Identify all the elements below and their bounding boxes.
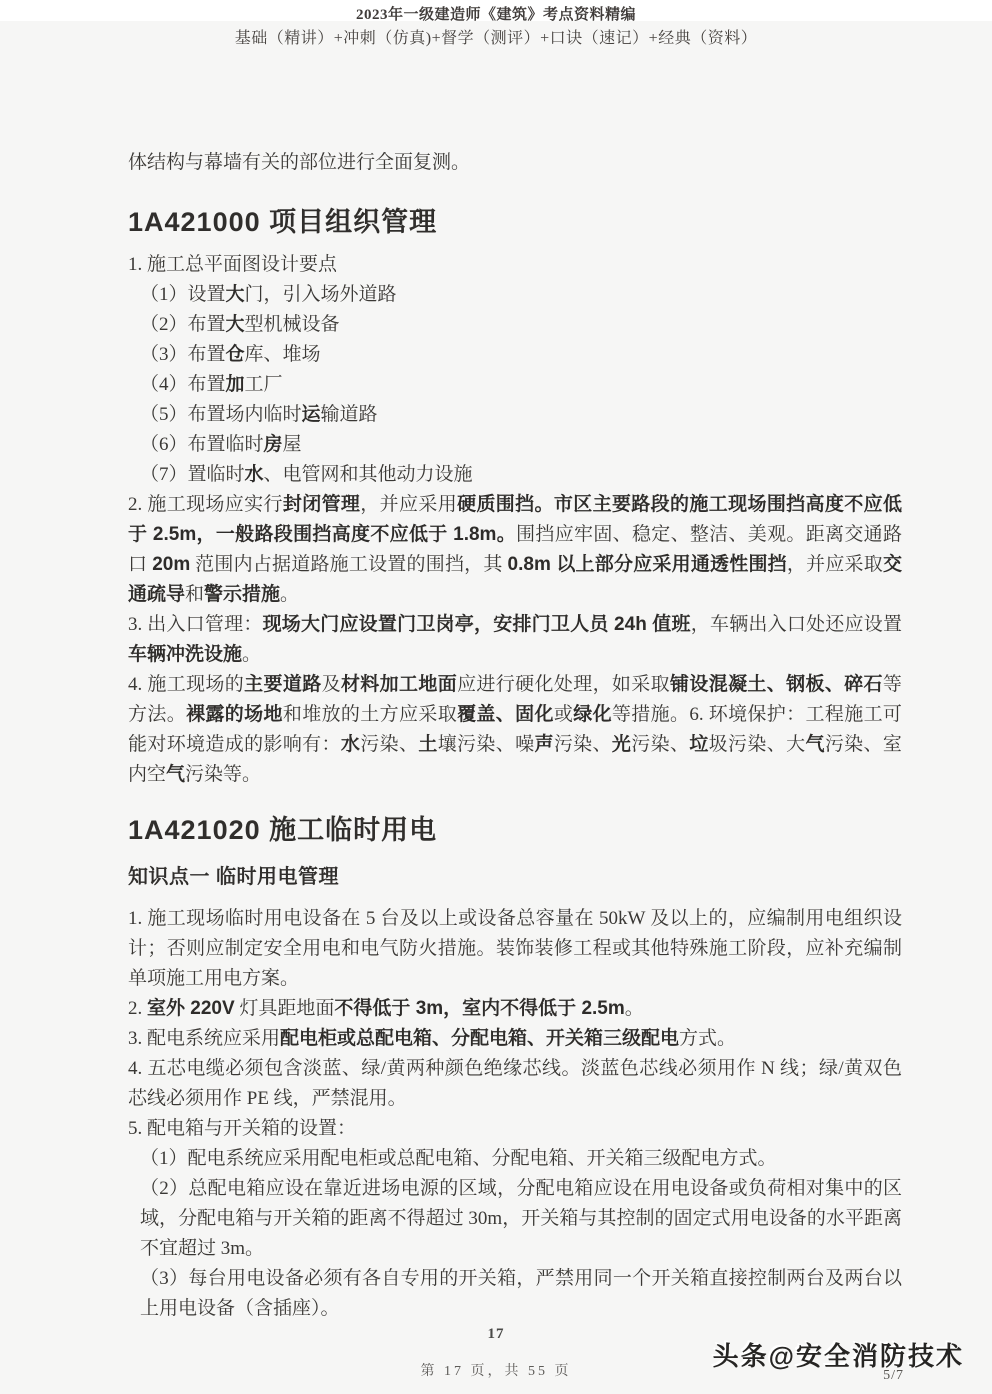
section1-title: 1A421000 项目组织管理 [128, 204, 902, 240]
paragraph-enclosure: 2. 施工现场应实行封闭管理，并应采用硬质围挡。市区主要路段的施工现场围挡高度不… [128, 490, 902, 610]
list-item: （3）布置仓库、堆场 [128, 340, 902, 370]
paragraph-box-setup: 5. 配电箱与开关箱的设置： [128, 1114, 902, 1144]
document-page: 2023年一级建造师《建筑》考点资料精编 基础（精讲）+冲刺（仿真)+督学（测评… [0, 0, 992, 1394]
knowledge-point-title: 知识点一 临时用电管理 [128, 864, 902, 890]
paragraph-roads-environment: 4. 施工现场的主要道路及材料加工地面应进行硬化处理，如采取铺设混凝土、钢板、碎… [128, 670, 902, 790]
paragraph-lamp-height: 2. 室外 220V 灯具距地面不得低于 3m，室内不得低于 2.5m。 [128, 994, 902, 1024]
watermark-text: 头条@安全消防技术 [713, 1336, 964, 1373]
paragraph-distribution-system: 3. 配电系统应采用配电柜或总配电箱、分配电箱、开关箱三级配电方式。 [128, 1024, 902, 1054]
paragraph-site-plan: 1. 施工总平面图设计要点 [128, 250, 902, 280]
paragraph-gate-management: 3. 出入口管理：现场大门应设置门卫岗亭，安排门卫人员 24h 值班，车辆出入口… [128, 610, 902, 670]
intro-paragraph: 体结构与幕墙有关的部位进行全面复测。 [128, 148, 902, 178]
list-item: （6）布置临时房屋 [128, 430, 902, 460]
list-item: （4）布置加工厂 [128, 370, 902, 400]
list-item: （3）每台用电设备必须有各自专用的开关箱，严禁用同一个开关箱直接控制两台及两台以… [128, 1264, 902, 1324]
paragraph-power-design: 1. 施工现场临时用电设备在 5 台及以上或设备总容量在 50kW 及以上的，应… [128, 904, 902, 994]
list-item: （1）设置大门，引入场外道路 [128, 280, 902, 310]
list-item: （7）置临时水、电管网和其他动力设施 [128, 460, 902, 490]
paragraph-cable-colors: 4. 五芯电缆必须包含淡蓝、绿/黄两种颜色绝缘芯线。淡蓝色芯线必须用作 N 线；… [128, 1054, 902, 1114]
section2-title: 1A421020 施工临时用电 [128, 812, 902, 848]
progress-indicator: 5/7 [883, 1368, 904, 1384]
list-item: （2）布置大型机械设备 [128, 310, 902, 340]
list-item: （5）布置场内临时运输道路 [128, 400, 902, 430]
list-item: （1）配电系统应采用配电柜或总配电箱、分配电箱、开关箱三级配电方式。 [128, 1144, 902, 1174]
list-item: （2）总配电箱应设在靠近进场电源的区域，分配电箱应设在用电设备或负荷相对集中的区… [128, 1174, 902, 1264]
document-body: 体结构与幕墙有关的部位进行全面复测。 1A421000 项目组织管理 1. 施工… [0, 0, 992, 1324]
